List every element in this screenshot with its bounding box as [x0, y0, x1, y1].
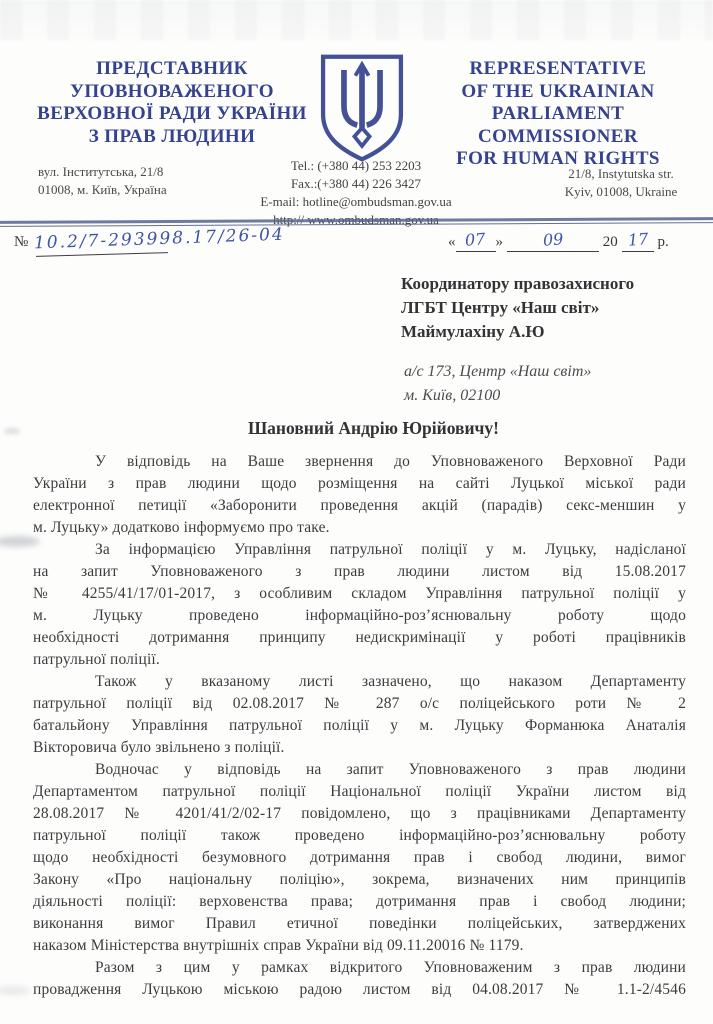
org-name-line: З ПРАВ ЛЮДИНИ: [36, 126, 308, 149]
body-line: Разом з цим у рамках відкритого Уповнова…: [33, 957, 686, 979]
org-name-ukrainian: ПРЕДСТАВНИКУПОВНОВАЖЕНОГОВЕРХОВНОЇ РАДИ …: [36, 58, 308, 148]
recipient-line: Координатору правозахисного: [401, 272, 634, 296]
ref-number-blank-line: [36, 252, 168, 257]
recipient-line: Маймулахіну А.Ю: [401, 320, 634, 344]
body-line: Вікторовича було звільнено з поліції.: [33, 737, 686, 759]
body-line: патрульної поліції.: [33, 649, 686, 671]
date-month-blank: 09: [507, 232, 599, 252]
body-line: електронної петиції «Заборонити проведен…: [33, 495, 686, 517]
org-name-line: ВЕРХОВНОЇ РАДИ УКРАЇНИ: [36, 103, 308, 126]
scan-artifact-top-band: [0, 0, 713, 40]
year-suffix: р.: [658, 234, 669, 250]
org-name-line: PARLIAMENT COMMISSIONER: [412, 103, 704, 148]
recipient-line: ЛГБТ Центру «Наш світ»: [401, 296, 634, 320]
contact-line: Fax.:(+380 44) 226 3427: [222, 175, 490, 193]
address-english: 21/8, Instytutska str.Kyiv, 01008, Ukrai…: [540, 165, 702, 201]
body-line: України з прав людини щодо розміщення на…: [33, 473, 686, 495]
date-year-blank: 17: [622, 232, 654, 252]
body-line: Департаментом патрульної поліції Націона…: [33, 781, 686, 803]
address-ukrainian: вул. Інститутська, 21/801008, м. Київ, У…: [38, 163, 167, 199]
recipient-address-line: м. Київ, 02100: [404, 384, 591, 408]
date-day-blank: 07: [456, 232, 496, 252]
body-line: виконання вимог Правил етичної поведінки…: [33, 913, 686, 935]
body-line: наказом Міністерства внутрішніх справ Ук…: [33, 935, 686, 957]
recipient-block: Координатору правозахисногоЛГБТ Центру «…: [401, 272, 634, 344]
address-line: 21/8, Instytutska str.: [540, 165, 702, 183]
body-line: на запит Уповноваженого з прав людини ли…: [33, 561, 686, 583]
paragraph: За інформацією Управління патрульної пол…: [33, 539, 686, 671]
body-line: провадження Луцькою міською радою листом…: [33, 979, 686, 1001]
date-year-handwritten: 17: [627, 230, 648, 248]
ukraine-trident-emblem-icon: [312, 52, 412, 164]
recipient-address-line: а/с 173, Центр «Наш світ»: [404, 360, 591, 384]
org-name-english: REPRESENTATIVEOF THE UKRAINIANPARLIAMENT…: [412, 58, 704, 171]
date-day-handwritten: 07: [465, 230, 486, 248]
body-line: необхідності дотримання принципу недискр…: [33, 627, 686, 649]
body-line: м. Луцьку проведено інформаційно-роз’ясн…: [33, 605, 686, 627]
address-line: 01008, м. Київ, Україна: [38, 181, 167, 199]
ref-number-label: №: [14, 234, 28, 251]
org-name-line: ПРЕДСТАВНИК: [36, 58, 308, 81]
org-name-line: OF THE UKRAINIAN: [412, 81, 704, 104]
paragraph: Водночас у відповідь на запит Уповноваже…: [33, 759, 686, 957]
letter-page: ПРЕДСТАВНИКУПОВНОВАЖЕНОГОВЕРХОВНОЇ РАДИ …: [0, 0, 713, 1024]
body-line: № 4255/41/17/01-2017, з особливим складо…: [33, 583, 686, 605]
org-name-line: УПОВНОВАЖЕНОГО: [36, 81, 308, 104]
address-line: вул. Інститутська, 21/8: [38, 163, 167, 181]
date-group: «07»09 2017 р.: [448, 232, 669, 252]
body-line: У відповідь на Ваше звернення до Уповнов…: [33, 451, 686, 473]
body-line: 28.08.2017 № 4201/41/2/02-17 повідомлено…: [33, 803, 686, 825]
body-line: патрульної поліції від 02.08.2017 № 287 …: [33, 693, 686, 715]
paragraph: У відповідь на Ваше звернення до Уповнов…: [33, 451, 686, 539]
contact-line: E-mail: hotline@ombudsman.gov.ua: [222, 193, 490, 211]
paragraph: Разом з цим у рамках відкритого Уповнова…: [33, 957, 686, 1001]
reference-line: № 10.2/7-293998.17/26-04 «07»09 2017 р.: [0, 228, 713, 262]
paragraph: Також у вказаному листі зазначено, що на…: [33, 671, 686, 759]
date-month-handwritten: 09: [542, 230, 563, 248]
body-line: Також у вказаному листі зазначено, що на…: [33, 671, 686, 693]
ref-number-handwritten: 10.2/7-293998.17/26-04: [34, 225, 285, 254]
body-line: Водночас у відповідь на запит Уповноваже…: [33, 759, 686, 781]
body-line: Закону «Про національну поліцію», зокрем…: [33, 869, 686, 891]
letter-body: У відповідь на Ваше звернення до Уповнов…: [33, 451, 686, 1001]
salutation: Шановний Андрію Юрійовичу!: [0, 418, 713, 439]
contact-line: Tel.: (+380 44) 253 2203: [222, 157, 490, 175]
org-name-line: REPRESENTATIVE: [412, 58, 704, 81]
body-line: м. Луцьку» додатково інформуємо про таке…: [33, 517, 686, 539]
body-line: батальйону Управління патрульної поліції…: [33, 715, 686, 737]
body-line: патрульної поліції також проведено інфор…: [33, 825, 686, 847]
year-prefix: 20: [603, 234, 618, 250]
quote-close: »: [496, 234, 504, 250]
body-line: щодо необхідності безумовного дотримання…: [33, 847, 686, 869]
scan-artifact-smudge: [0, 986, 30, 995]
body-line: За інформацією Управління патрульної пол…: [33, 539, 686, 561]
recipient-address: а/с 173, Центр «Наш світ»м. Київ, 02100: [404, 360, 591, 408]
body-line: діяльності поліції: верховенства права; …: [33, 891, 686, 913]
address-line: Kyiv, 01008, Ukraine: [540, 183, 702, 201]
quote-open: «: [448, 234, 456, 250]
